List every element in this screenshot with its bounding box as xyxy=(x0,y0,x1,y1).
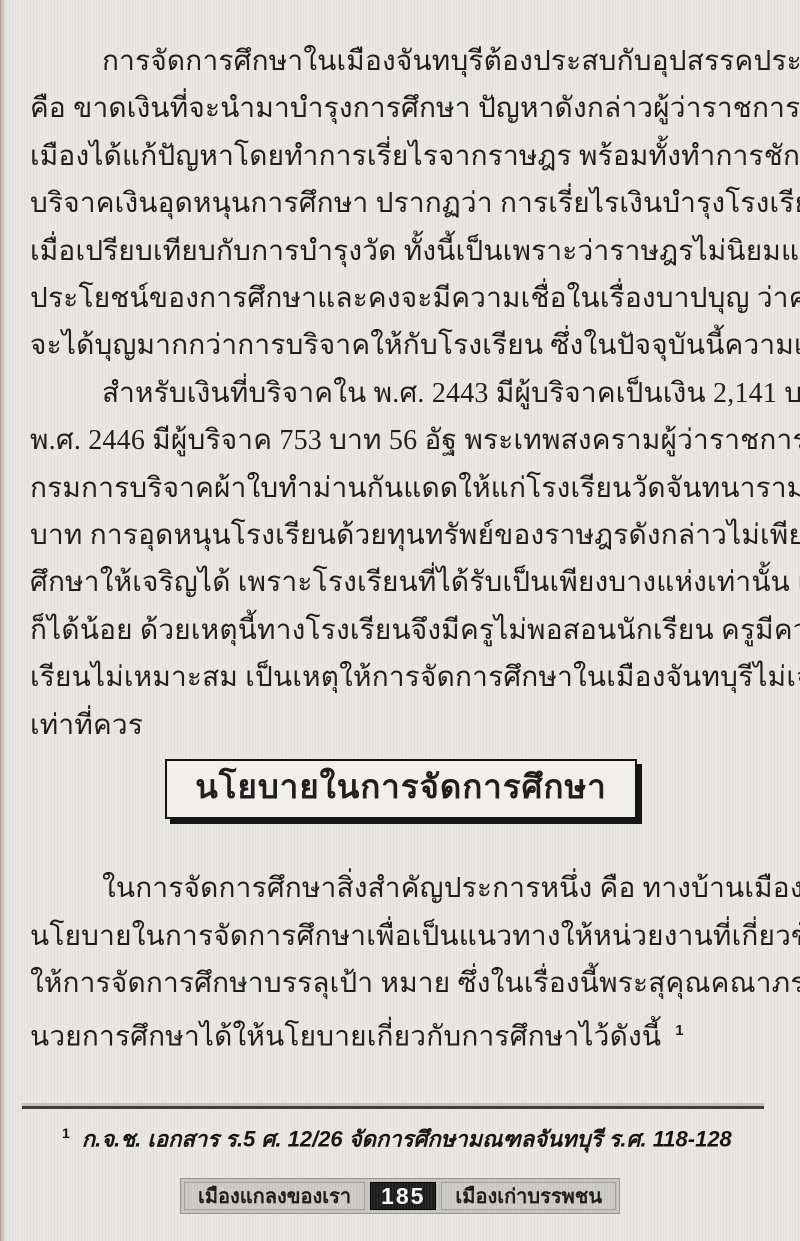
paragraph-education-obstacle: การจัดการศึกษาในเมืองจันทบุรีต้องประสบกั… xyxy=(30,38,772,370)
text-line: พ.ศ. 2446 มีผู้บริจาค 753 บาท 56 อัฐ พระ… xyxy=(30,417,772,464)
paragraph-donations: สำหรับเงินที่บริจาคใน พ.ศ. 2443 มีผู้บริ… xyxy=(30,370,772,749)
text-line: ก็ได้น้อย ด้วยเหตุนี้ทางโรงเรียนจึงมีครู… xyxy=(30,607,772,654)
text-line: เท่าที่ควร xyxy=(30,702,772,749)
text-line: บริจาคเงินอุดหนุนการศึกษา ปรากฏว่า การเร… xyxy=(30,180,772,227)
book-page: การจัดการศึกษาในเมืองจันทบุรีต้องประสบกั… xyxy=(0,0,800,1241)
text-line: นโยบายในการจัดการศึกษาเพื่อเป็นแนวทางให้… xyxy=(30,913,772,960)
section-heading-box: นโยบายในการจัดการศึกษา xyxy=(165,759,637,819)
footer-left-title: เมืองแกลงของเรา xyxy=(184,1182,365,1210)
text-line: การจัดการศึกษาในเมืองจันทบุรีต้องประสบกั… xyxy=(30,38,772,85)
footnote: 1ก.จ.ช. เอกสาร ร.5 ศ. 12/26 จัดการศึกษาม… xyxy=(62,1118,732,1154)
text-line: บาท การอุดหนุนโรงเรียนด้วยทุนทรัพย์ของรา… xyxy=(30,512,772,559)
text-line: จะได้บุญมากกว่าการบริจาคให้กับโรงเรียน ซ… xyxy=(30,322,772,369)
section-heading-wrap: นโยบายในการจัดการศึกษา xyxy=(30,759,772,819)
text-line: เมื่อเปรียบเทียบกับการบำรุงวัด ทั้งนี้เป… xyxy=(30,228,772,275)
footer-right-title: เมืองเก่าบรรพชน xyxy=(441,1182,616,1210)
footnote-ref: 1 xyxy=(675,1022,684,1039)
section-heading-title: นโยบายในการจัดการศึกษา xyxy=(195,768,607,805)
footnote-text: ก.จ.ช. เอกสาร ร.5 ศ. 12/26 จัดการศึกษามณ… xyxy=(82,1126,732,1151)
text-line: คือ ขาดเงินที่จะนำมาบำรุงการศึกษา ปัญหาด… xyxy=(30,85,772,132)
paragraph-policy: ในการจัดการศึกษาสิ่งสำคัญประการหนึ่ง คือ… xyxy=(30,865,772,1061)
text-line: สำหรับเงินที่บริจาคใน พ.ศ. 2443 มีผู้บริ… xyxy=(30,370,772,417)
text-line: ในการจัดการศึกษาสิ่งสำคัญประการหนึ่ง คือ… xyxy=(30,865,772,912)
text-line: ศึกษาให้เจริญได้ เพราะโรงเรียนที่ได้รับเ… xyxy=(30,559,772,606)
text-line: นวยการศึกษาได้ให้นโยบายเกี่ยวกับการศึกษา… xyxy=(30,1007,772,1061)
page-footer-bar: เมืองแกลงของเรา 185 เมืองเก่าบรรพชน xyxy=(180,1178,620,1214)
text-line: ให้การจัดการศึกษาบรรลุเป้า หมาย ซึ่งในเร… xyxy=(30,960,772,1007)
text-line: กรมการบริจาคผ้าใบทำม่านกันแดดให้แก่โรงเร… xyxy=(30,465,772,512)
page-number-badge: 185 xyxy=(370,1182,436,1210)
text-line: เมืองได้แก้ปัญหาโดยทำการเรี่ยไรจากราษฎร … xyxy=(30,133,772,180)
policy-last-line: นวยการศึกษาได้ให้นโยบายเกี่ยวกับการศึกษา… xyxy=(30,1022,661,1053)
page-content: การจัดการศึกษาในเมืองจันทบุรีต้องประสบกั… xyxy=(0,0,800,1061)
text-line: ประโยชน์ของการศึกษาและคงจะมีความเชื่อในเ… xyxy=(30,275,772,322)
footnote-divider xyxy=(22,1106,764,1109)
paragraph-policy-lines: ในการจัดการศึกษาสิ่งสำคัญประการหนึ่ง คือ… xyxy=(30,865,772,1007)
footnote-marker: 1 xyxy=(62,1125,70,1141)
text-line: เรียนไม่เหมาะสม เป็นเหตุให้การจัดการศึกษ… xyxy=(30,654,772,701)
